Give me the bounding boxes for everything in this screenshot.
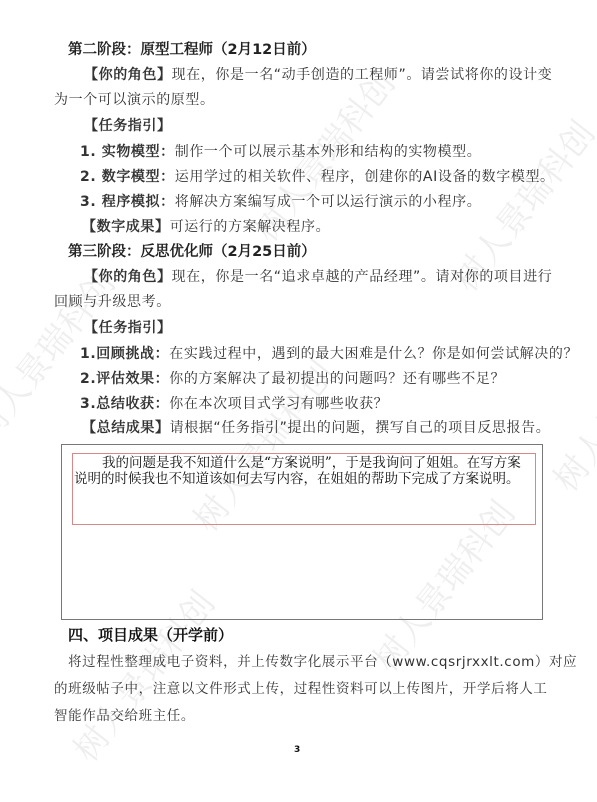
- stage2-role: 【你的角色】现在，你是一名“动手创造的工程师”。请尝试将你的设计变: [84, 65, 552, 85]
- stage2-task-3: 3. 程序模拟：将解决方案编写成一个可以运行演示的小程序。: [80, 192, 481, 212]
- stage3-title: 第三阶段：反思优化师（2月25日前）: [68, 242, 316, 262]
- stage3-result: 【总结成果】请根据“任务指引”提出的问题，撰写自己的项目反思报告。: [82, 418, 550, 438]
- stage2-result: 【数字成果】可运行的方案解决程序。: [82, 217, 330, 237]
- result-label: 【数字成果】: [82, 219, 170, 235]
- role-label: 【你的角色】: [84, 67, 172, 83]
- result-label: 【总结成果】: [82, 420, 170, 436]
- task-text: 在实践过程中，遇到的最大困难是什么？你是如何尝试解决的？: [169, 346, 578, 362]
- stage3-role-cont: 回顾与升级思考。: [54, 292, 171, 312]
- stage3-task-1: 1.回顾挑战：在实践过程中，遇到的最大困难是什么？你是如何尝试解决的？: [80, 344, 578, 364]
- role-text: 现在，你是一名“追求卓越的产品经理”。请对你的项目进行: [172, 269, 553, 285]
- section4-title: 四、项目成果（开学前）: [68, 625, 233, 645]
- stage2-task-1: 1. 实物模型：制作一个可以展示基本外形和结构的实物模型。: [80, 142, 481, 162]
- section4-line-2: 的班级帖子中，注意以文件形式上传，过程性资料可以上传图片，开学后将人工: [54, 679, 548, 699]
- task-text: 你在本次项目式学习有哪些收获？: [169, 396, 388, 412]
- task-text: 制作一个可以展示基本外形和结构的实物模型。: [175, 144, 482, 160]
- task-label: 3. 程序模拟：: [80, 194, 175, 210]
- stage3-task-2: 2.评估效果：你的方案解决了最初提出的问题吗？还有哪些不足？: [80, 369, 505, 389]
- stage2-title: 第二阶段：原型工程师（2月12日前）: [68, 40, 316, 60]
- task-label: 2.评估效果：: [80, 371, 169, 387]
- task-label: 3.总结收获：: [80, 396, 169, 412]
- role-label: 【你的角色】: [84, 269, 172, 285]
- stage3-guide-label: 【任务指引】: [84, 318, 172, 338]
- task-text: 运用学过的相关软件、程序，创建你的AI设备的数字模型。: [175, 169, 555, 185]
- document-page: 树人景瑞科创 树人景瑞科创 树人景瑞科创 树人景瑞科创 树人景瑞科创 树人景瑞科…: [0, 0, 597, 802]
- role-text: 现在，你是一名“动手创造的工程师”。请尝试将你的设计变: [172, 67, 553, 83]
- section4-line-3: 智能作品交给班主任。: [54, 706, 195, 726]
- task-label: 2. 数字模型：: [80, 169, 175, 185]
- result-text: 请根据“任务指引”提出的问题，撰写自己的项目反思报告。: [170, 420, 551, 436]
- stage3-role: 【你的角色】现在，你是一名“追求卓越的产品经理”。请对你的项目进行: [84, 267, 552, 287]
- task-text: 将解决方案编写成一个可以运行演示的小程序。: [175, 194, 482, 210]
- stage3-task-3: 3.总结收获：你在本次项目式学习有哪些收获？: [80, 394, 388, 414]
- stage2-task-2: 2. 数字模型：运用学过的相关软件、程序，创建你的AI设备的数字模型。: [80, 167, 555, 187]
- stage2-guide-label: 【任务指引】: [84, 116, 172, 136]
- page-number: 3: [294, 745, 300, 755]
- watermark: 树人景瑞科创: [540, 309, 597, 500]
- section4-line-1: 将过程性整理成电子资料，并上传数字化展示平台（www.cqsrjrxxlt.co…: [68, 652, 577, 672]
- answer-text: 我的问题是我不知道什么是“方案说明”，于是我询问了姐姐。在写方案说明的时候我也不…: [74, 455, 530, 487]
- task-label: 1.回顾挑战：: [80, 346, 169, 362]
- result-text: 可运行的方案解决程序。: [170, 219, 331, 235]
- task-text: 你的方案解决了最初提出的问题吗？还有哪些不足？: [169, 371, 505, 387]
- task-label: 1. 实物模型：: [80, 144, 175, 160]
- stage2-role-cont: 为一个可以演示的原型。: [54, 90, 215, 110]
